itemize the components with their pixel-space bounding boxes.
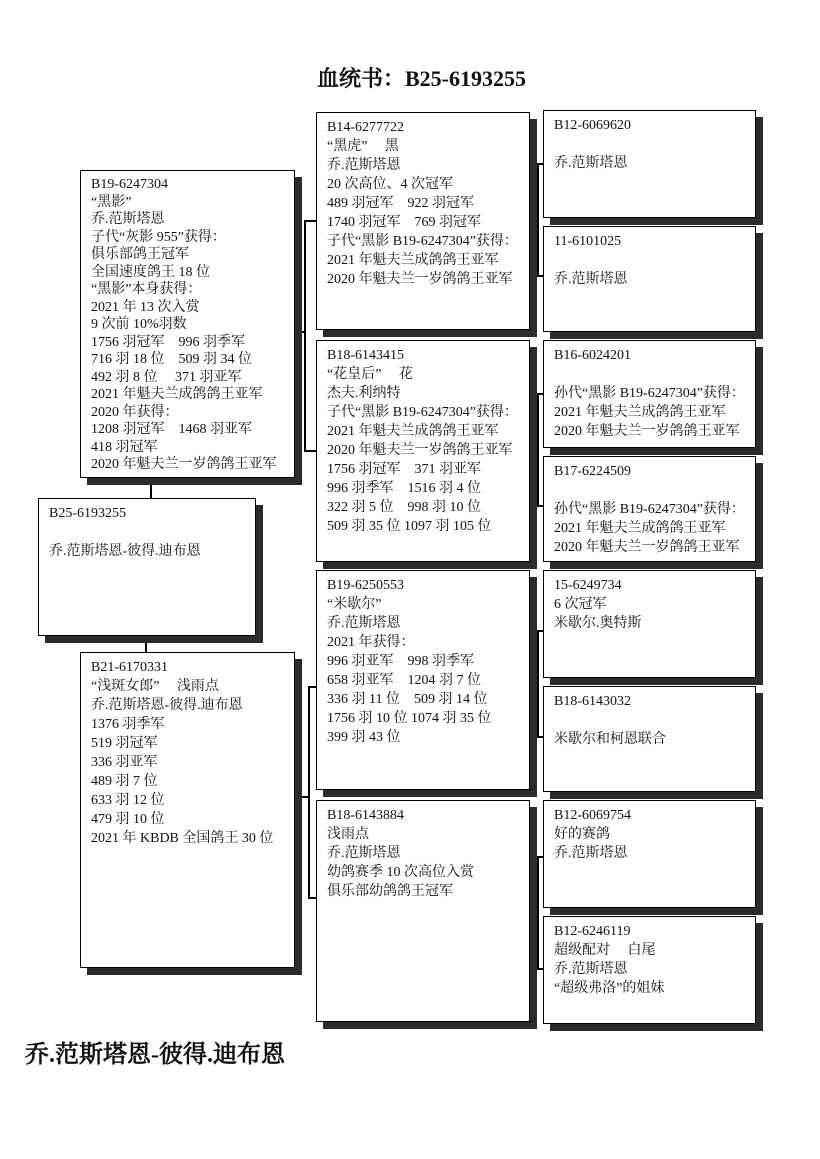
- text-line: 俱乐部鸽王冠军: [91, 246, 288, 264]
- connector-father-subject: [150, 478, 152, 498]
- ring-number-line: B19-6247304: [91, 176, 288, 194]
- text-line: 519 羽冠军: [91, 734, 288, 753]
- ring-number-line: B18-6143884: [327, 806, 523, 825]
- text-line: 1756 羽冠军 371 羽亚军: [327, 460, 523, 479]
- text-line: 米歇尔和柯恩联合: [554, 730, 749, 749]
- text-line: 2021 年获得：: [327, 633, 523, 652]
- text-line: 子代“黑影 B19-6247304”获得：: [327, 403, 523, 422]
- box-b17-6224509: B17-6224509孙代“黑影 B19-6247304”获得：2021 年魁夫…: [543, 456, 756, 562]
- text-line: 492 羽 8 位 371 羽亚军: [91, 369, 288, 387]
- ring-number-line: B12-6246119: [554, 922, 749, 941]
- connector-father-sire-stub: [304, 220, 316, 222]
- text-line: 2021 年魁夫兰成鸽鸽王亚军: [327, 422, 523, 441]
- connector-mother-dam-stub: [308, 897, 316, 899]
- box-b12-6246119: B12-6246119超级配对 白尾乔.范斯塔恩“超级弗洛”的姐妹: [543, 916, 756, 1024]
- text-line: “米歇尔”: [327, 595, 523, 614]
- text-line: [554, 365, 749, 384]
- text-line: 9 次前 10%羽数: [91, 316, 288, 334]
- text-line: 乔.范斯塔恩: [327, 614, 523, 633]
- text-line: 489 羽 7 位: [91, 772, 288, 791]
- loft-name-footer: 乔.范斯塔恩-彼得.迪布恩: [25, 1034, 285, 1069]
- connector-father-dam-stub: [304, 450, 316, 452]
- page-title: 血统书：B25-6193255: [317, 62, 526, 93]
- text-line: 乔.范斯塔恩: [554, 154, 749, 173]
- text-line: 633 羽 12 位: [91, 791, 288, 810]
- connector-mother-bracket: [308, 686, 310, 899]
- text-line: 418 羽冠军: [91, 439, 288, 457]
- text-line: 幼鸽赛季 10 次高位入赏: [327, 863, 523, 882]
- connector-ms-bracket: [537, 630, 539, 738]
- text-line: “浅斑女郎” 浅雨点: [91, 677, 288, 696]
- connector-subject-mother: [145, 636, 147, 652]
- text-line: 1740 羽冠军 769 羽冠军: [327, 213, 523, 232]
- text-line: 20 次高位、4 次冠军: [327, 175, 523, 194]
- text-line: 1756 羽 10 位 1074 羽 35 位: [327, 709, 523, 728]
- text-line: 2020 年魁夫兰一岁鸽鸽王亚军: [554, 538, 749, 557]
- ring-number-line: B21-6170331: [91, 658, 288, 677]
- ring-number-line: B12-6069620: [554, 116, 749, 135]
- connector-md-bracket: [537, 856, 539, 970]
- text-line: 超级配对 白尾: [554, 941, 749, 960]
- text-line: 489 羽冠军 922 羽冠军: [327, 194, 523, 213]
- connector-fd-bracket: [537, 393, 539, 507]
- text-line: 1376 羽季军: [91, 715, 288, 734]
- text-line: [554, 481, 749, 500]
- text-line: 2020 年魁夫兰一岁鸽鸽王亚军: [327, 270, 523, 289]
- box-b12-6069620: B12-6069620乔.范斯塔恩: [543, 110, 756, 218]
- text-line: 乔.范斯塔恩: [327, 844, 523, 863]
- text-line: 2021 年魁夫兰成鸽鸽王亚军: [554, 519, 749, 538]
- text-line: 2020 年魁夫兰一岁鸽鸽王亚军: [554, 422, 749, 441]
- text-line: 6 次冠军: [554, 595, 749, 614]
- box-mother-dam-b18-6143884: B18-6143884浅雨点乔.范斯塔恩幼鸽赛季 10 次高位入赏俱乐部幼鸽鸽王…: [316, 800, 530, 1022]
- box-b16-6024201: B16-6024201孙代“黑影 B19-6247304”获得：2021 年魁夫…: [543, 340, 756, 448]
- connector-father-bracket: [304, 220, 306, 452]
- box-father-dam-b18-6143415: B18-6143415“花皇后” 花杰夫.利纳特子代“黑影 B19-624730…: [316, 340, 530, 562]
- ring-number-line: B25-6193255: [49, 504, 249, 523]
- text-line: 子代“黑影 B19-6247304”获得：: [327, 232, 523, 251]
- text-line: 浅雨点: [327, 825, 523, 844]
- text-line: 2020 年魁夫兰一岁鸽鸽王亚军: [91, 456, 288, 474]
- text-line: 全国速度鸽王 18 位: [91, 264, 288, 282]
- text-line: [554, 251, 749, 270]
- text-line: 米歇尔.奥特斯: [554, 614, 749, 633]
- text-line: 好的赛鸽: [554, 825, 749, 844]
- text-line: 孙代“黑影 B19-6247304”获得：: [554, 500, 749, 519]
- text-line: 658 羽亚军 1204 羽 7 位: [327, 671, 523, 690]
- box-11-6101025: 11-6101025乔.范斯塔恩: [543, 226, 756, 332]
- text-line: “花皇后” 花: [327, 365, 523, 384]
- ring-number-line: B16-6024201: [554, 346, 749, 365]
- text-line: 336 羽亚军: [91, 753, 288, 772]
- text-line: 2021 年魁夫兰成鸽鸽王亚军: [554, 403, 749, 422]
- text-line: 716 羽 18 位 509 羽 34 位: [91, 351, 288, 369]
- box-mother-sire-b19-6250553: B19-6250553“米歇尔”乔.范斯塔恩2021 年获得：996 羽亚军 9…: [316, 570, 530, 790]
- text-line: 杰夫.利纳特: [327, 384, 523, 403]
- text-line: “黑影”: [91, 194, 288, 212]
- ring-number-line: B19-6250553: [327, 576, 523, 595]
- text-line: 399 羽 43 位: [327, 728, 523, 747]
- text-line: 2021 年魁夫兰成鸽鸽王亚军: [91, 386, 288, 404]
- box-b12-6069754: B12-6069754好的赛鸽乔.范斯塔恩: [543, 800, 756, 908]
- connector-fs-bracket: [537, 163, 539, 277]
- text-line: 479 羽 10 位: [91, 810, 288, 829]
- text-line: “超级弗洛”的姐妹: [554, 979, 749, 998]
- text-line: 322 羽 5 位 998 羽 10 位: [327, 498, 523, 517]
- text-line: 乔.范斯塔恩: [327, 156, 523, 175]
- text-line: “黑虎” 黑: [327, 137, 523, 156]
- text-line: 1208 羽冠军 1468 羽亚军: [91, 421, 288, 439]
- ring-number-line: B14-6277722: [327, 118, 523, 137]
- text-line: 2021 年魁夫兰成鸽鸽王亚军: [327, 251, 523, 270]
- text-line: 乔.范斯塔恩: [554, 270, 749, 289]
- box-father-sire-b14-6277722: B14-6277722“黑虎” 黑乔.范斯塔恩20 次高位、4 次冠军489 羽…: [316, 112, 530, 330]
- connector-mother-sire-stub: [308, 686, 316, 688]
- text-line: “黑影”本身获得：: [91, 281, 288, 299]
- box-15-6249734: 15-62497346 次冠军米歇尔.奥特斯: [543, 570, 756, 678]
- text-line: 乔.范斯塔恩: [554, 960, 749, 979]
- text-line: 俱乐部幼鸽鸽王冠军: [327, 882, 523, 901]
- box-mother-b21-6170331: B21-6170331“浅斑女郎” 浅雨点乔.范斯塔恩-彼得.迪布恩1376 羽…: [80, 652, 295, 968]
- text-line: 1756 羽冠军 996 羽季军: [91, 334, 288, 352]
- ring-number-line: 15-6249734: [554, 576, 749, 595]
- ring-number-line: 11-6101025: [554, 232, 749, 251]
- text-line: 孙代“黑影 B19-6247304”获得：: [554, 384, 749, 403]
- text-line: 509 羽 35 位 1097 羽 105 位: [327, 517, 523, 536]
- text-line: [554, 711, 749, 730]
- box-b18-6143032: B18-6143032米歇尔和柯恩联合: [543, 686, 756, 792]
- text-line: 子代“灰影 955”获得：: [91, 229, 288, 247]
- text-line: 336 羽 11 位 509 羽 14 位: [327, 690, 523, 709]
- text-line: 2020 年获得：: [91, 404, 288, 422]
- text-line: [554, 135, 749, 154]
- box-father-b19-6247304: B19-6247304“黑影”乔.范斯塔恩子代“灰影 955”获得：俱乐部鸽王冠…: [80, 170, 295, 478]
- text-line: 2021 年 KBDB 全国鸽王 30 位: [91, 829, 288, 848]
- text-line: 乔.范斯塔恩: [554, 844, 749, 863]
- ring-number-line: B17-6224509: [554, 462, 749, 481]
- text-line: [49, 523, 249, 542]
- text-line: 乔.范斯塔恩-彼得.迪布恩: [91, 696, 288, 715]
- text-line: 996 羽季军 1516 羽 4 位: [327, 479, 523, 498]
- box-subject-b25-6193255: B25-6193255乔.范斯塔恩-彼得.迪布恩: [38, 498, 256, 636]
- text-line: 2020 年魁夫兰一岁鸽鸽王亚军: [327, 441, 523, 460]
- text-line: 乔.范斯塔恩-彼得.迪布恩: [49, 542, 249, 561]
- pedigree-page: 血统书：B25-6193255 B19-6247304“黑影”乔.范斯塔恩子代“…: [0, 0, 820, 1159]
- text-line: 乔.范斯塔恩: [91, 211, 288, 229]
- ring-number-line: B18-6143032: [554, 692, 749, 711]
- ring-number-line: B18-6143415: [327, 346, 523, 365]
- text-line: 2021 年 13 次入赏: [91, 299, 288, 317]
- text-line: 996 羽亚军 998 羽季军: [327, 652, 523, 671]
- ring-number-line: B12-6069754: [554, 806, 749, 825]
